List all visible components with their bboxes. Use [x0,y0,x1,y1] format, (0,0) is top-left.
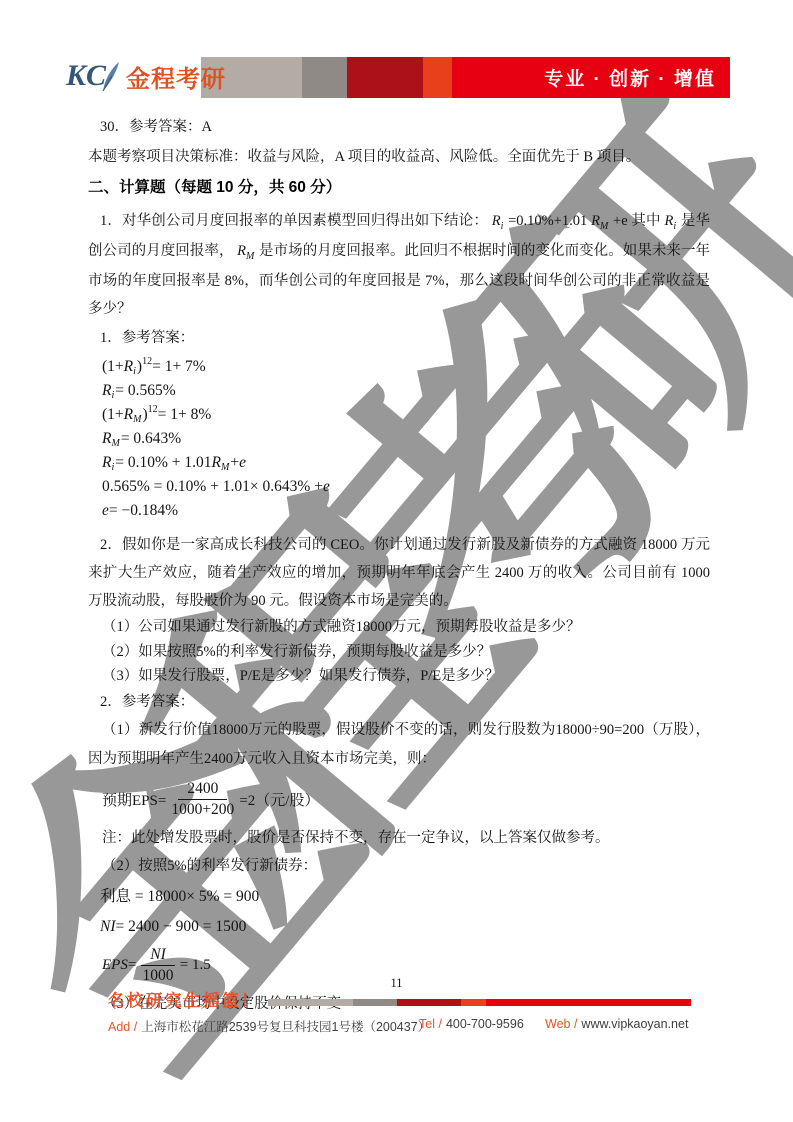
footer-contacts: Add /上海市松花江路2539号复旦科技园1号楼（200437） Tel /4… [108,1017,691,1033]
fraction-numerator: 2400 [178,780,227,800]
eps1-prefix: 预期EPS= [102,789,166,810]
formula-line: (1+ Ri)12 = 1+ 7% [102,355,710,379]
formula-token: M [111,438,119,449]
formula-token: e [239,454,246,472]
answer-30-line: 30．参考答案：A [100,118,710,137]
net-income-formula: NI = 2400 − 900 = 1500 [100,914,710,940]
eps2-equals: = [128,957,136,974]
answer-2-note: 注：此处增发股票时，股价是否保持不变，存在一定争议，以上答案仅做参考。 [102,828,710,848]
footer-bar-segment-red [486,999,691,1006]
footer-bar-segment-gray [353,999,397,1006]
formula-token: 12 [142,356,152,367]
footer-bar-segment-orange [461,999,486,1006]
question-2-item-2: （2）如果按照5%的利率发行新债券，预期每股收益是多少？ [102,640,710,665]
eps2-var: EPS [102,957,128,974]
footer-telephone: Tel /400-700-9596 [419,1017,524,1031]
footer-bar-segment-lightgray [268,999,353,1006]
fraction-denominator: 1000+200 [171,800,234,819]
formula-token: M [246,251,254,262]
section-heading: 二、计算题（每题 10 分，共 60 分） [88,178,710,198]
formula-token: M [133,414,141,425]
formula-token: R [237,243,246,259]
footer-address-label: Add / [108,1020,137,1034]
question-2-item-3: （3）如果发行股票，P/E是多少？如果发行债券，P/E是多少？ [102,664,710,689]
header-bar-segment-darkred [347,57,423,98]
formula-token: R [102,382,111,400]
footer-telephone-label: Tel / [419,1017,442,1031]
formula-token: i [501,221,504,232]
header-color-bar: 专业 · 创新 · 增值 [201,57,730,98]
footer-website-value: www.vipkaoyan.net [581,1017,688,1031]
fraction-numerator: NI [141,946,175,966]
formula-token: 利息 = 18000× 5% = 900 [100,884,259,906]
formula-token: = 1+ 7% [152,358,206,376]
footer-slogan: 名校研究生摇篮！ [108,993,260,1010]
formula-token: (1+ [102,358,124,376]
formula-line: Ri = 0.10% + 1.01RM + e [102,451,710,475]
formula-line: e = −0.184% [102,499,710,523]
document-content: 30．参考答案：A 本题考察项目决策标准：收益与风险，A 项目的收益高、风险低。… [88,112,710,1014]
interest-formula: 利息 = 18000× 5% = 900 [100,882,710,908]
formula-token: R [492,213,501,229]
formula-token: (1+ [102,406,124,424]
footer-website-label: Web / [545,1017,577,1031]
formula-token: =0.10%+1.01 [504,213,591,229]
formula-line: RM = 0.643% [102,427,710,451]
answer-2-label: 2．参考答案： [100,693,710,712]
footer-address-value: 上海市松花江路2539号复旦科技园1号楼（200437） [141,1020,430,1034]
formula-token: R [102,454,111,472]
formula-token: = 1+ 8% [158,406,212,424]
formula-token: M [600,221,608,232]
question-2-text: 2．假如你是一家高成长科技公司的 CEO。你计划通过发行新股及新债券的方式融资 … [88,531,710,615]
answer-2-part2-text: （2）按照5%的利率发行新债券： [102,856,710,876]
question-1-text: 1．对华创公司月度回报率的单因素模型回归得出如下结论： Ri =0.10%+1.… [88,207,710,323]
formula-token: = −0.184% [109,502,178,520]
formula-token: i [111,462,114,473]
question-2-item-1: （1）公司如果通过发行新股的方式融资18000万元，预期每股收益是多少？ [102,615,710,640]
formula-token: M [221,462,229,473]
footer-address: Add /上海市松花江路2539号复旦科技园1号楼（200437） [108,1017,430,1035]
formula-token: +e 其中 [609,213,664,229]
formula-token: = 0.643% [121,430,181,448]
footer-color-bar [268,999,691,1006]
formula-token: R [664,213,673,229]
formula-token: R [591,213,600,229]
header-bar-segment-orange [423,57,452,98]
formula-token: R [212,454,221,472]
brand-logo-kc: KC [66,61,106,91]
footer-top-row: 名校研究生摇篮！ [108,993,691,1010]
brand-logo-text: 金程考研 [126,59,226,94]
formula-line: (1+ RM)12 = 1+ 8% [102,403,710,427]
eps-formula-1: 预期EPS= 2400 1000+200 =2（元/股） [102,778,710,822]
footer-telephone-value: 400-700-9596 [446,1017,524,1031]
formula-token: e [323,478,330,496]
header-bar-segment-red: 专业 · 创新 · 增值 [452,57,730,98]
answer-1-formula-block: (1+ Ri)12 = 1+ 7% Ri = 0.565% (1+ RM)12 … [102,355,710,523]
page-footer: 名校研究生摇篮！ Add /上海市松花江路2539号复旦科技园1号楼（20043… [108,993,691,1033]
formula-token: 0.565% = 0.10% + 1.01× 0.643% + [102,478,323,496]
formula-token: NI [100,918,116,936]
formula-line: Ri = 0.565% [102,379,710,403]
formula-token: i [673,221,676,232]
formula-line: 0.565% = 0.10% + 1.01× 0.643% + e [102,475,710,499]
answer-2-part1-text: （1）新发行价值18000万元的股票，假设股价不变的话，则发行股数为18000÷… [88,716,710,774]
answer-30-explanation: 本题考察项目决策标准：收益与风险，A 项目的收益高、风险低。全面优先于 B 项目… [88,148,710,167]
formula-token: R [124,406,133,424]
formula-token: i [133,366,136,377]
eps2-suffix: = 1.5 [180,957,211,974]
formula-token: = 0.565% [115,382,175,400]
brand-logo: KC 金程考研 [66,54,226,98]
answer-1-label: 1．参考答案： [100,329,710,348]
page-number: 11 [0,976,793,991]
formula-token: e [102,502,109,520]
fraction: 2400 1000+200 [171,780,234,819]
formula-token: i [111,390,114,401]
footer-website[interactable]: Web /www.vipkaoyan.net [545,1017,688,1031]
formula-token: R [124,358,133,376]
formula-token: = 2400 − 900 = 1500 [116,918,247,936]
eps1-suffix: =2（元/股） [239,789,319,810]
document-page: KC 金程考研 专业 · 创新 · 增值 金程考研 30．参考答案：A 本题考察… [0,0,793,1122]
header-bar-segment-gray [302,57,347,98]
formula-token: 1．对华创公司月度回报率的单因素模型回归得出如下结论： [100,213,492,229]
formula-token: 12 [148,404,158,415]
brand-tagline: 专业 · 创新 · 增值 [544,64,716,91]
formula-token: = 0.10% + 1.01 [115,454,211,472]
footer-bar-segment-darkred [397,999,461,1006]
formula-token: + [230,454,239,472]
